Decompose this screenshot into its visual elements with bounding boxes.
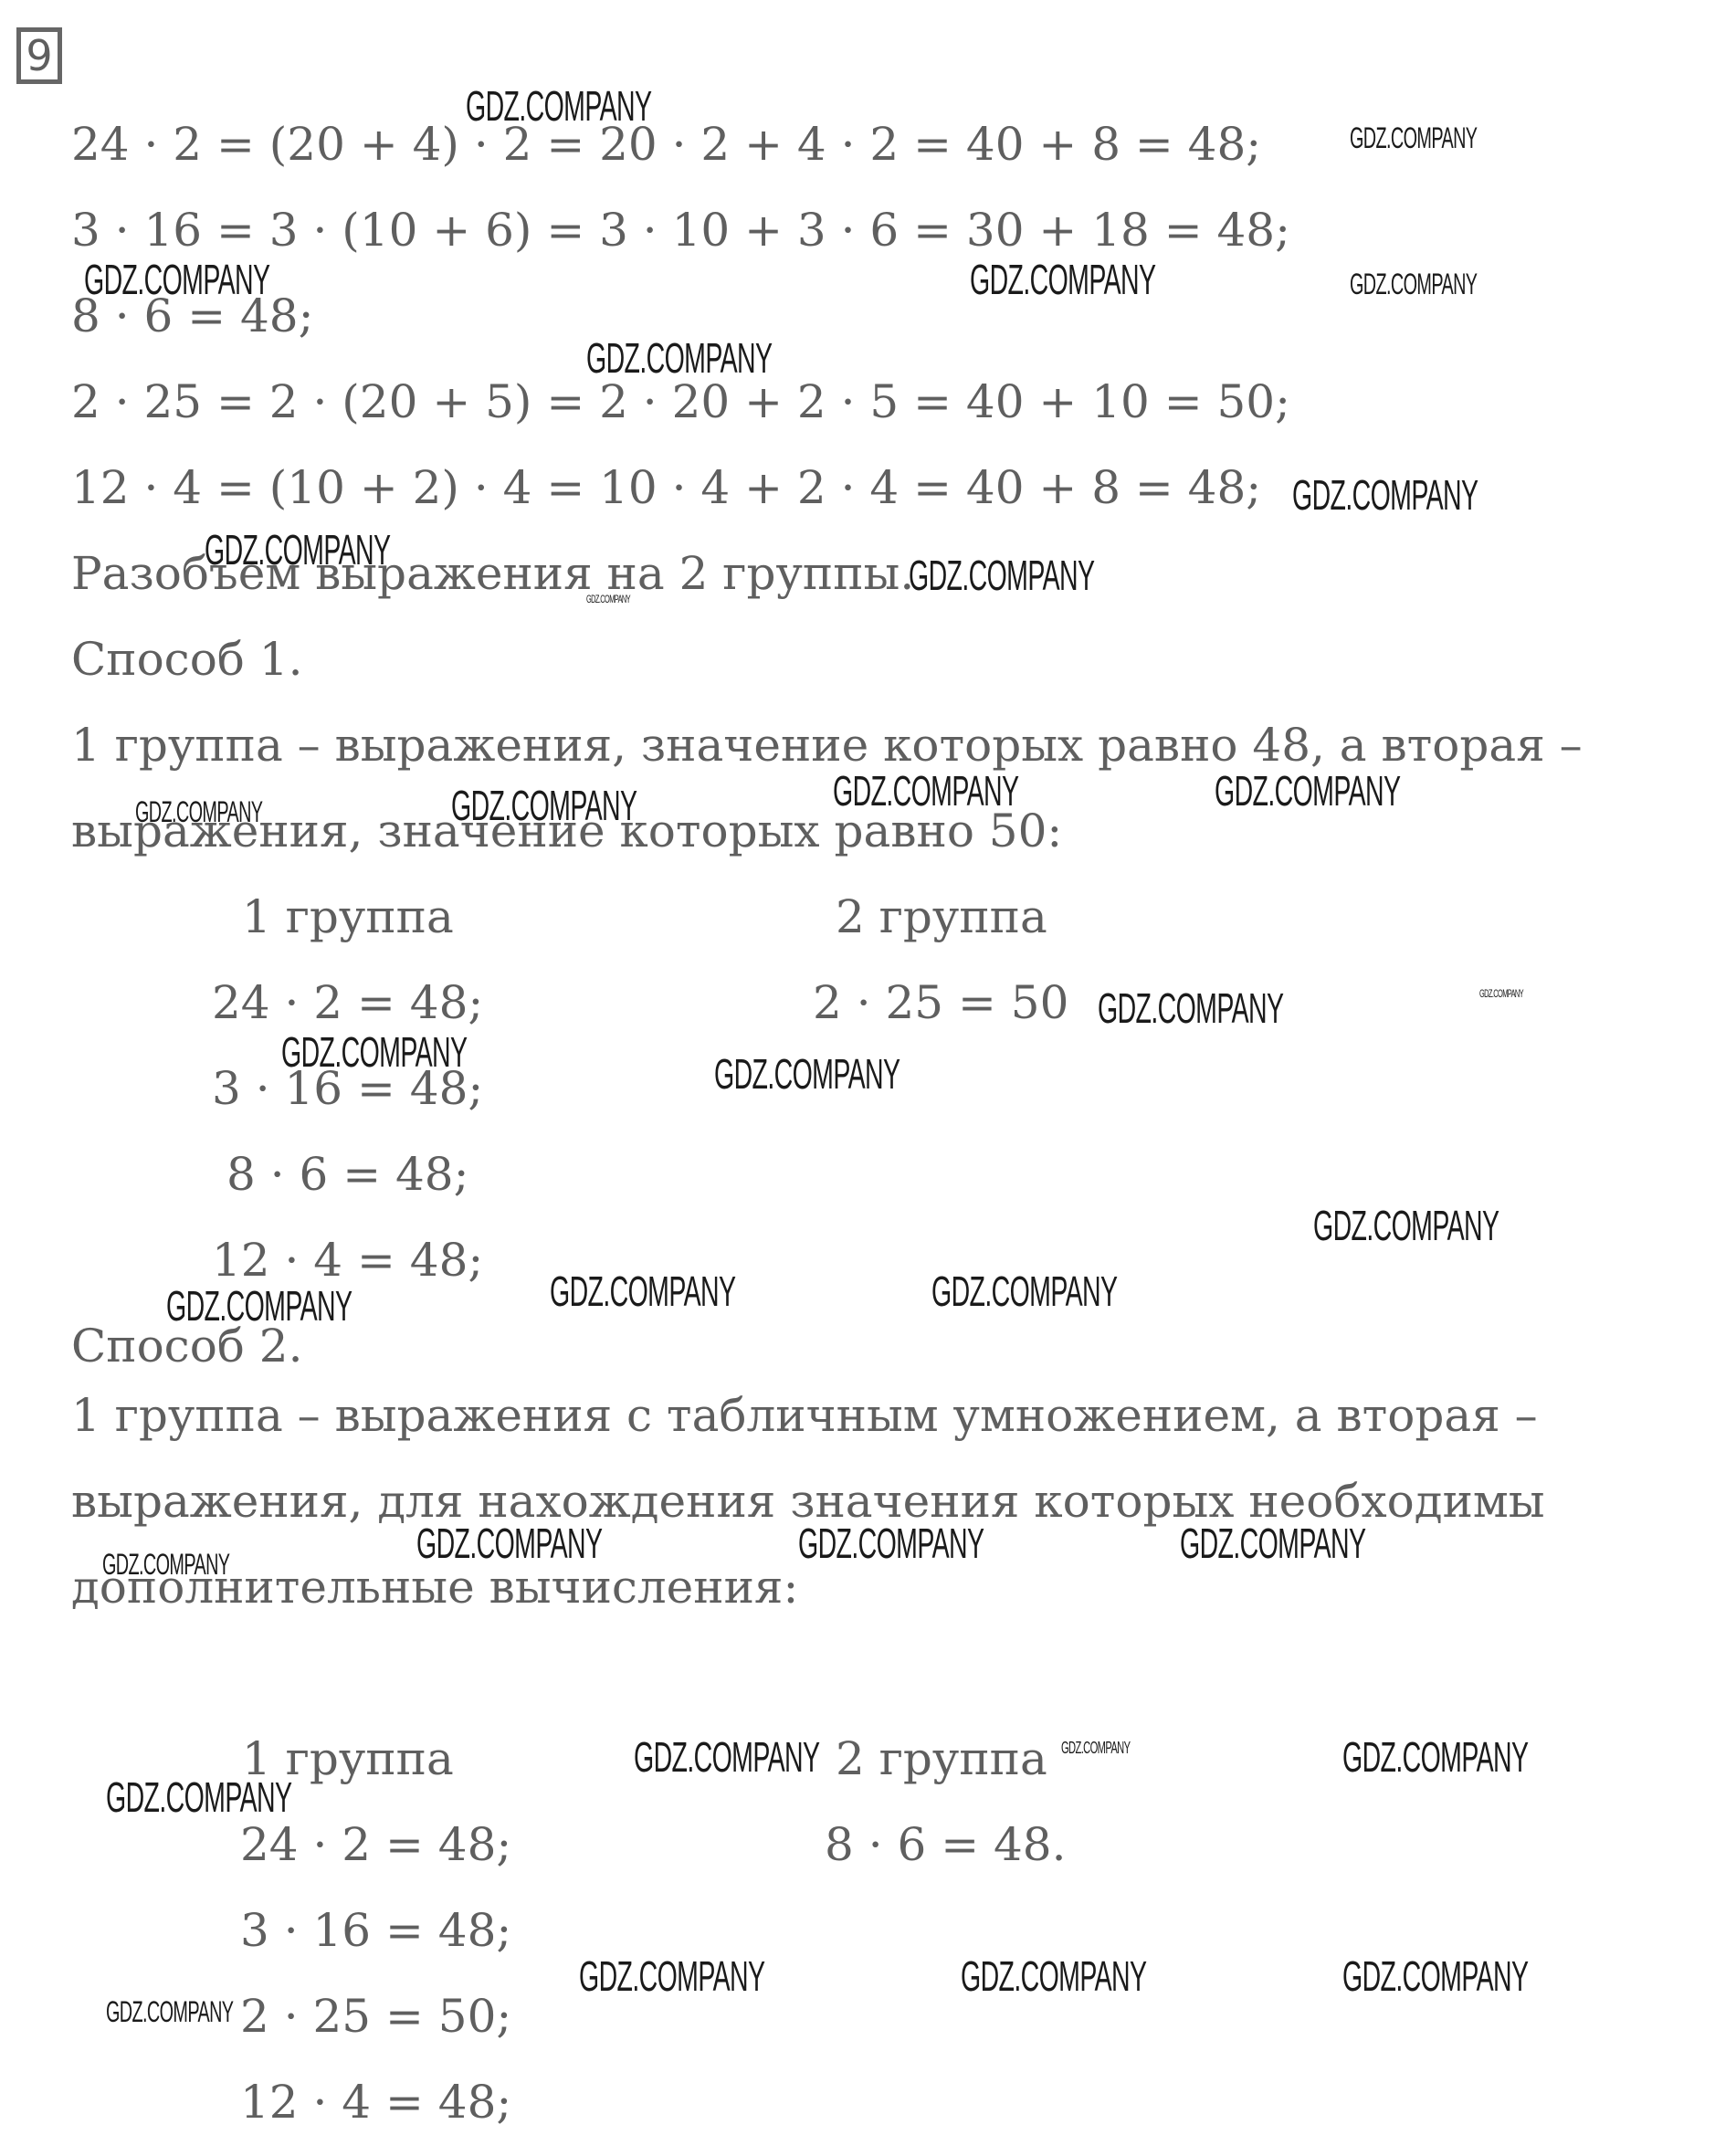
watermark: GDZ.COMPANY — [550, 1269, 735, 1313]
method2-group1-item: 3 · 16 = 48; — [240, 1903, 511, 1958]
watermark: GDZ.COMPANY — [1292, 473, 1478, 517]
watermark: GDZ.COMPANY — [970, 258, 1155, 301]
method1-group1-item: 8 · 6 = 48; — [226, 1147, 468, 1202]
watermark: GDZ.COMPANY — [1342, 1954, 1528, 1998]
method1-group1-item: 24 · 2 = 48; — [212, 975, 483, 1030]
watermark: GDZ.COMPANY — [909, 553, 1094, 597]
task-number-badge: 9 — [16, 27, 62, 84]
watermark: GDZ.COMPANY — [833, 769, 1018, 813]
watermark: GDZ.COMPANY — [1098, 986, 1283, 1030]
watermark: GDZ.COMPANY — [586, 594, 630, 605]
intro-text: Разобъем выражения на 2 группы. — [71, 546, 914, 601]
watermark: GDZ.COMPANY — [466, 84, 651, 128]
watermark: GDZ.COMPANY — [451, 784, 637, 827]
method2-group2-item: 8 · 6 = 48. — [825, 1817, 1067, 1872]
calculation-line: 24 · 2 = (20 + 4) · 2 = 20 · 2 + 4 · 2 =… — [71, 117, 1261, 172]
watermark: GDZ.COMPANY — [135, 796, 262, 827]
watermark: GDZ.COMPANY — [84, 258, 269, 301]
watermark: GDZ.COMPANY — [1350, 122, 1477, 153]
watermark: GDZ.COMPANY — [1350, 268, 1477, 300]
method1-description: 1 группа – выражения, значение которых р… — [71, 718, 1583, 773]
calculation-line: 3 · 16 = 3 · (10 + 6) = 3 · 10 + 3 · 6 =… — [71, 203, 1290, 258]
watermark: GDZ.COMPANY — [1061, 1739, 1130, 1757]
watermark: GDZ.COMPANY — [798, 1521, 984, 1565]
calculation-line: 2 · 25 = 2 · (20 + 5) = 2 · 20 + 2 · 5 =… — [71, 374, 1290, 429]
watermark: GDZ.COMPANY — [961, 1954, 1146, 1998]
watermark: GDZ.COMPANY — [281, 1030, 467, 1074]
calculation-line: 12 · 4 = (10 + 2) · 4 = 10 · 4 + 2 · 4 =… — [71, 460, 1261, 515]
method1-group1-item: 12 · 4 = 48; — [212, 1233, 483, 1288]
method1-group2-header: 2 группа — [836, 889, 1047, 944]
watermark: GDZ.COMPANY — [1180, 1521, 1365, 1565]
watermark: GDZ.COMPANY — [102, 1549, 229, 1580]
watermark: GDZ.COMPANY — [166, 1284, 352, 1328]
method1-group1-header: 1 группа — [242, 889, 454, 944]
watermark: GDZ.COMPANY — [1342, 1735, 1528, 1779]
watermark: GDZ.COMPANY — [1215, 769, 1400, 813]
watermark: GDZ.COMPANY — [579, 1954, 764, 1998]
watermark: GDZ.COMPANY — [931, 1269, 1117, 1313]
method1-title: Способ 1. — [71, 632, 303, 687]
watermark: GDZ.COMPANY — [416, 1521, 602, 1565]
watermark: GDZ.COMPANY — [205, 528, 390, 572]
watermark: GDZ.COMPANY — [714, 1052, 900, 1096]
method2-group1-item: 12 · 4 = 48; — [240, 2075, 511, 2130]
watermark: GDZ.COMPANY — [106, 1996, 233, 2027]
watermark: GDZ.COMPANY — [634, 1735, 819, 1779]
watermark: GDZ.COMPANY — [1313, 1204, 1499, 1247]
watermark: GDZ.COMPANY — [586, 336, 772, 380]
method2-description: 1 группа – выражения с табличным умножен… — [71, 1388, 1538, 1443]
watermark: GDZ.COMPANY — [106, 1775, 291, 1819]
method1-group2-item: 2 · 25 = 50 — [813, 975, 1068, 1030]
method2-group2-header: 2 группа — [836, 1731, 1047, 1786]
method2-group1-item: 24 · 2 = 48; — [240, 1817, 511, 1872]
watermark: GDZ.COMPANY — [1479, 988, 1523, 1000]
method2-group1-item: 2 · 25 = 50; — [240, 1989, 511, 2044]
